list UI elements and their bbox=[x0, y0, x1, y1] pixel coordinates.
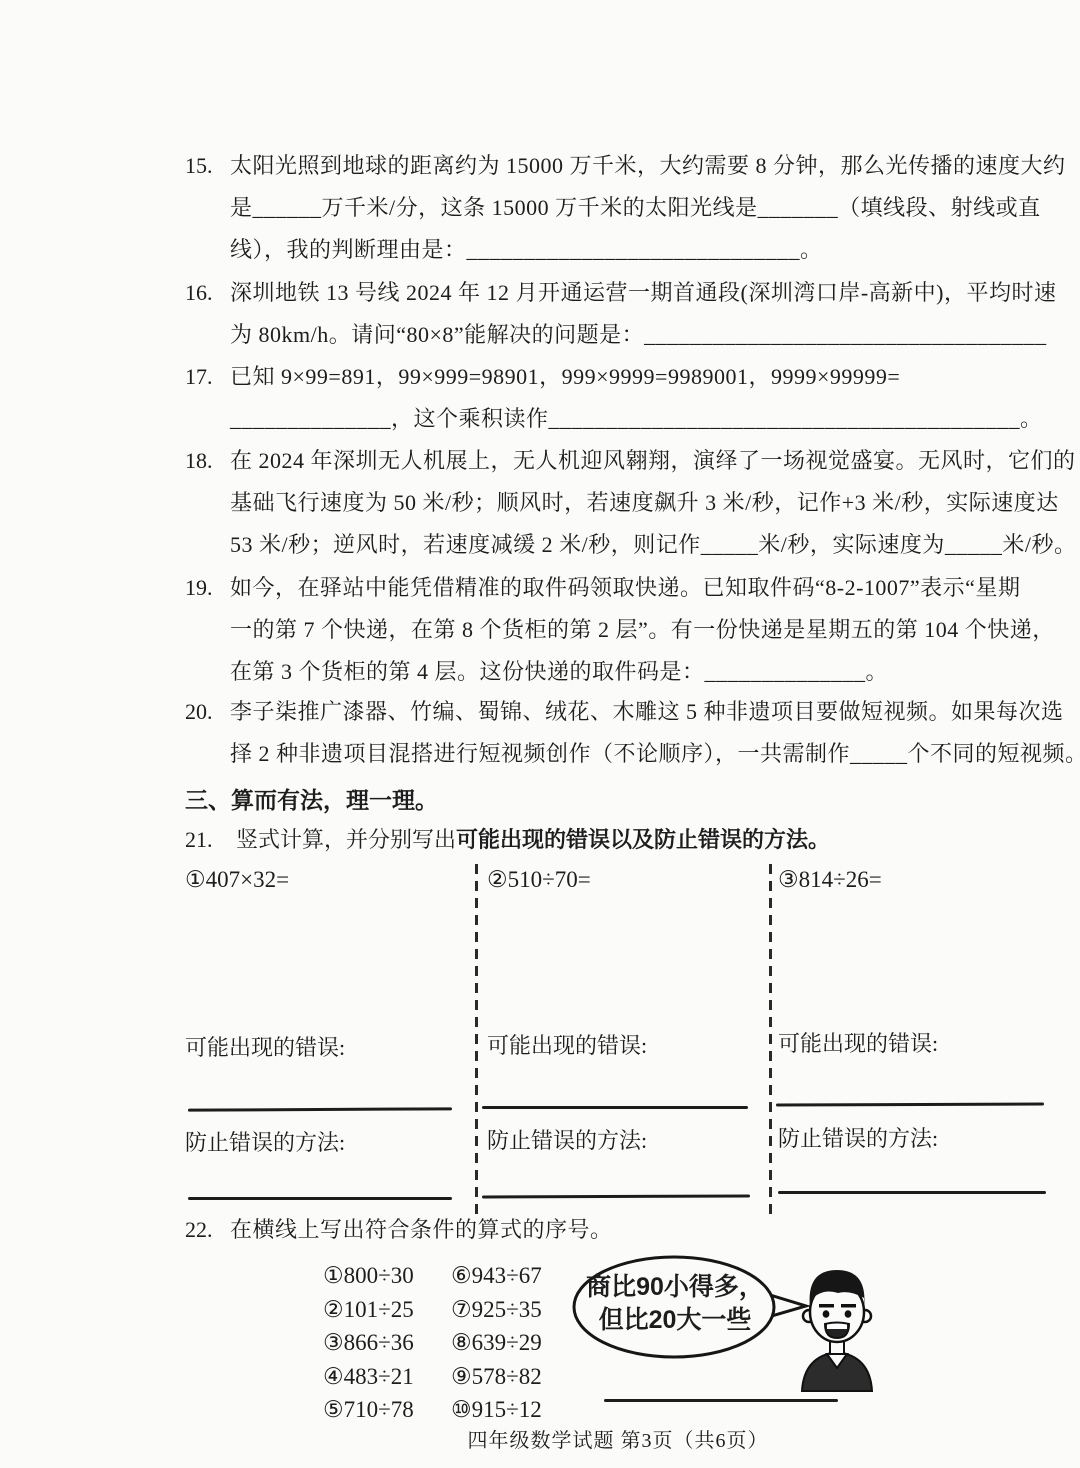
question-line: 在 2024 年深圳无人机展上，无人机迎风翱翔，演绎了一场视觉盛宴。无风时，它们… bbox=[230, 440, 1045, 482]
question-17: 17. 已知 9×99=891，99×999=98901，999×9999=99… bbox=[185, 356, 1045, 440]
question-line: 深圳地铁 13 号线 2024 年 12 月开通运营一期首通段(深圳湾口岸-高新… bbox=[230, 272, 1045, 314]
expression-3: ③814÷26= bbox=[778, 860, 882, 900]
question-15: 15. 太阳光照到地球的距离约为 15000 万千米，大约需要 8 分钟，那么光… bbox=[185, 145, 1045, 271]
prevent-label-3: 防止错误的方法: bbox=[778, 1118, 938, 1160]
list-row: ②101÷25⑦925÷35 bbox=[323, 1293, 542, 1327]
expression-1: ①407×32= bbox=[185, 860, 289, 900]
error-label-3: 可能出现的错误: bbox=[778, 1023, 938, 1065]
speech-bubble-text: 商比90小得多， 但比20大一些 bbox=[584, 1271, 766, 1337]
question-number: 21. bbox=[185, 827, 213, 852]
bubble-line: 但比20大一些 bbox=[584, 1304, 766, 1337]
list-item: ⑥943÷67 bbox=[451, 1263, 542, 1288]
question-22-list: ①800÷30⑥943÷67 ②101÷25⑦925÷35 ③866÷36⑧63… bbox=[323, 1259, 542, 1427]
boy-face-icon bbox=[794, 1264, 880, 1392]
list-item: ⑩915÷12 bbox=[451, 1397, 542, 1422]
question-line: 是______万千米/分，这条 15000 万千米的太阳光线是_______（填… bbox=[230, 187, 1045, 229]
question-18: 18. 在 2024 年深圳无人机展上，无人机迎风翱翔，演绎了一场视觉盛宴。无风… bbox=[185, 440, 1045, 566]
question-line: 53 米/秒；逆风时，若速度减缓 2 米/秒，则记作_____米/秒，实际速度为… bbox=[230, 524, 1045, 566]
question-line: 为 80km/h。请问“80×8”能解决的问题是：_______________… bbox=[230, 314, 1045, 356]
question-line: 在横线上写出符合条件的算式的序号。 bbox=[230, 1209, 1045, 1251]
list-row: ④483÷21⑨578÷82 bbox=[323, 1360, 542, 1394]
question-number: 15. bbox=[185, 145, 213, 187]
question-number: 17. bbox=[185, 356, 213, 398]
question-line: 如今，在驿站中能凭借精准的取件码领取快递。已知取件码“8-2-1007”表示“星… bbox=[230, 567, 1045, 609]
question-line: 基础飞行速度为 50 米/秒；顺风时，若速度飙升 3 米/秒，记作+3 米/秒，… bbox=[230, 482, 1045, 524]
question-number: 22. bbox=[185, 1209, 213, 1251]
blank-line bbox=[482, 1106, 748, 1109]
question-line: 在第 3 个货柜的第 4 层。这份快递的取件码是：______________。 bbox=[230, 651, 1045, 693]
exam-page: 15. 太阳光照到地球的距离约为 15000 万千米，大约需要 8 分钟，那么光… bbox=[0, 0, 1080, 1468]
question-line: 线），我的判断理由是：_____________________________… bbox=[230, 229, 1045, 271]
blank-line bbox=[776, 1103, 1044, 1106]
speech-bubble: 商比90小得多， 但比20大一些 bbox=[570, 1254, 820, 1364]
list-item: ⑦925÷35 bbox=[451, 1297, 542, 1322]
question-text-bold: 可能出现的错误以及防止错误的方法。 bbox=[456, 827, 830, 852]
list-item: ②101÷25 bbox=[323, 1293, 451, 1327]
page-footer: 四年级数学试题 第3页（共6页） bbox=[0, 1424, 1080, 1453]
question-22: 22. 在横线上写出符合条件的算式的序号。 bbox=[185, 1209, 1045, 1251]
list-row: ③866÷36⑧639÷29 bbox=[323, 1326, 542, 1360]
question-line: 一的第 7 个快递，在第 8 个货柜的第 2 层”。有一份快递是星期五的第 10… bbox=[230, 609, 1045, 651]
dashed-divider-1 bbox=[475, 864, 478, 1216]
list-item: ⑧639÷29 bbox=[451, 1330, 542, 1355]
blank-line bbox=[188, 1197, 452, 1200]
error-label-1: 可能出现的错误: bbox=[185, 1027, 345, 1069]
question-text: 竖式计算，并分别写出 bbox=[236, 827, 456, 852]
question-20: 20. 李子柒推广漆器、竹编、蜀锦、绒花、木雕这 5 种非遗项目要做短视频。如果… bbox=[185, 691, 1045, 775]
question-16: 16. 深圳地铁 13 号线 2024 年 12 月开通运营一期首通段(深圳湾口… bbox=[185, 272, 1045, 356]
dashed-divider-2 bbox=[769, 864, 772, 1216]
question-line: 已知 9×99=891，99×999=98901，999×9999=998900… bbox=[230, 356, 1045, 398]
bubble-line: 商比90小得多， bbox=[584, 1271, 766, 1304]
question-21: 21. 竖式计算，并分别写出可能出现的错误以及防止错误的方法。 bbox=[185, 819, 830, 861]
answer-line bbox=[604, 1399, 838, 1402]
prevent-label-1: 防止错误的方法: bbox=[185, 1122, 345, 1164]
list-item: ③866÷36 bbox=[323, 1326, 451, 1360]
prevent-label-2: 防止错误的方法: bbox=[487, 1120, 647, 1162]
expression-2: ②510÷70= bbox=[487, 860, 591, 900]
section-heading: 三、算而有法，理一理。 bbox=[185, 779, 438, 821]
blank-line bbox=[482, 1195, 750, 1198]
list-item: ④483÷21 bbox=[323, 1360, 451, 1394]
list-row: ⑤710÷78⑩915÷12 bbox=[323, 1393, 542, 1427]
blank-line bbox=[188, 1107, 452, 1111]
question-line: 李子柒推广漆器、竹编、蜀锦、绒花、木雕这 5 种非遗项目要做短视频。如果每次选 bbox=[230, 691, 1045, 733]
question-line: 太阳光照到地球的距离约为 15000 万千米，大约需要 8 分钟，那么光传播的速… bbox=[230, 145, 1045, 187]
question-number: 18. bbox=[185, 440, 213, 482]
list-item: ①800÷30 bbox=[323, 1259, 451, 1293]
list-row: ①800÷30⑥943÷67 bbox=[323, 1259, 542, 1293]
question-number: 19. bbox=[185, 567, 213, 609]
list-item: ⑤710÷78 bbox=[323, 1393, 451, 1427]
blank-line bbox=[778, 1191, 1046, 1194]
student-avatar bbox=[794, 1264, 880, 1397]
question-line: ______________，这个乘积读作___________________… bbox=[230, 398, 1045, 440]
question-19: 19. 如今，在驿站中能凭借精准的取件码领取快递。已知取件码“8-2-1007”… bbox=[185, 567, 1045, 693]
question-line: 择 2 种非遗项目混搭进行短视频创作（不论顺序），一共需制作_____个不同的短… bbox=[230, 733, 1045, 775]
error-label-2: 可能出现的错误: bbox=[487, 1025, 647, 1067]
list-item: ⑨578÷82 bbox=[451, 1364, 542, 1389]
question-number: 16. bbox=[185, 272, 213, 314]
question-number: 20. bbox=[185, 691, 213, 733]
